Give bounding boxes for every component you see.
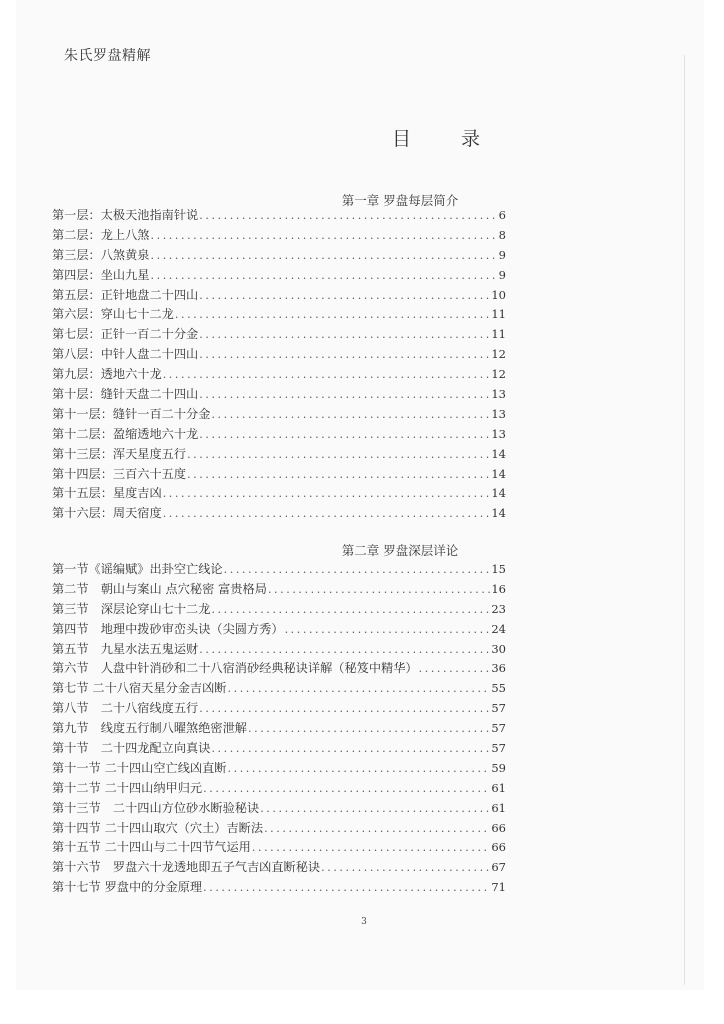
toc-entry[interactable]: 第十三层：浑天星度五行14 [52,445,506,465]
leader-dots [203,782,490,795]
toc-entry[interactable]: 第十六节 罗盘六十龙透地即五子气吉凶直断秘诀67 [52,858,506,878]
leader-dots [228,762,491,775]
toc-entry[interactable]: 第十四层：三百六十五度14 [52,465,506,485]
leader-dots [199,348,490,361]
toc-entry[interactable]: 第六节 人盘中针消砂和二十八宿消砂经典秘诀详解（秘笈中精华）36 [52,659,506,679]
leader-dots [211,742,490,755]
toc-entry[interactable]: 第十七节 罗盘中的分金原理71 [52,878,506,898]
toc-entry[interactable]: 第十五节 二十四山与二十四节气运用66 [52,838,506,858]
leader-dots [151,229,498,242]
toc-entry[interactable]: 第八节 二十八宿线度五行57 [52,699,506,719]
leader-dots [151,269,498,282]
leader-dots [199,702,490,715]
toc-entry[interactable]: 第十一节 二十四山空亡线凶直断59 [52,759,506,779]
leader-dots [285,623,491,636]
leader-dots [260,802,490,815]
chapter-heading-2: 第二章 罗盘深层详论 [200,541,600,559]
toc-entry[interactable]: 第七节 二十八宿天星分金吉凶断55 [52,679,506,699]
toc-entry[interactable]: 第五层：正针地盘二十四山10 [52,286,506,306]
toc-entry[interactable]: 第十五层：星度吉凶14 [52,484,506,504]
leader-dots [252,841,490,854]
toc-entry[interactable]: 第四节 地理中拨砂审峦头诀（尖圆方秀）24 [52,620,506,640]
toc-entry[interactable]: 第十二层：盈缩透地六十龙13 [52,425,506,445]
toc-entry[interactable]: 第十节 二十四龙配立向真诀57 [52,739,506,759]
toc-entry[interactable]: 第三层：八煞黄泉9 [52,246,506,266]
leader-dots [211,408,490,421]
leader-dots [199,289,490,302]
toc-entry[interactable]: 第三节 深层论穿山七十二龙23 [52,600,506,620]
leader-dots [163,368,491,381]
toc-entry[interactable]: 第六层：穿山七十二龙11 [52,305,506,325]
toc-entry[interactable]: 第二节 朝山与案山 点穴秘密 富贵格局16 [52,580,506,600]
scan-edge-shadow [684,55,685,985]
toc-entry[interactable]: 第九节 线度五行制八曜煞绝密泄解57 [52,719,506,739]
leader-dots [199,428,490,441]
toc-entry[interactable]: 第一节《谣编赋》出卦空亡线论15 [52,560,506,580]
toc-chapter-1: 第一层：太极天池指南针说6 第二层：龙上八煞8 第三层：八煞黄泉9 第四层：坐山… [52,206,506,524]
toc-entry[interactable]: 第十六层：周天宿度14 [52,504,506,524]
leader-dots [228,682,491,695]
leader-dots [203,881,490,894]
leader-dots [419,662,491,675]
leader-dots [224,563,491,576]
leader-dots [163,487,491,500]
leader-dots [199,328,490,341]
leader-dots [187,468,490,481]
leader-dots [199,388,490,401]
leader-dots [321,861,490,874]
toc-entry[interactable]: 第十四节 二十四山取穴（穴土）吉断法66 [52,819,506,839]
leader-dots [175,308,490,321]
leader-dots [211,603,490,616]
leader-dots [248,722,490,735]
toc-chapter-2: 第一节《谣编赋》出卦空亡线论15 第二节 朝山与案山 点穴秘密 富贵格局16 第… [52,560,506,898]
toc-entry[interactable]: 第五节 九星水法五鬼运财30 [52,640,506,660]
leader-dots [163,507,491,520]
leader-dots [268,583,490,596]
leader-dots [151,249,498,262]
toc-entry[interactable]: 第十三节 二十四山方位砂水断验秘诀61 [52,799,506,819]
leader-dots [199,643,490,656]
page-title: 目 录 [0,124,724,151]
toc-entry[interactable]: 第十层：缝针天盘二十四山13 [52,385,506,405]
toc-entry[interactable]: 第八层：中针人盘二十四山12 [52,345,506,365]
leader-dots [199,209,497,222]
toc-entry[interactable]: 第四层：坐山九星9 [52,266,506,286]
toc-entry[interactable]: 第一层：太极天池指南针说6 [52,206,506,226]
toc-entry[interactable]: 第九层：透地六十龙12 [52,365,506,385]
toc-entry[interactable]: 第七层：正针一百二十分金11 [52,325,506,345]
toc-entry[interactable]: 第十二节 二十四山纳甲归元61 [52,779,506,799]
leader-dots [187,448,490,461]
running-header: 朱氏罗盘精解 [64,45,151,65]
toc-entry[interactable]: 第二层：龙上八煞8 [52,226,506,246]
leader-dots [264,822,490,835]
toc-entry[interactable]: 第十一层：缝针一百二十分金13 [52,405,506,425]
page-number: 3 [0,917,724,927]
